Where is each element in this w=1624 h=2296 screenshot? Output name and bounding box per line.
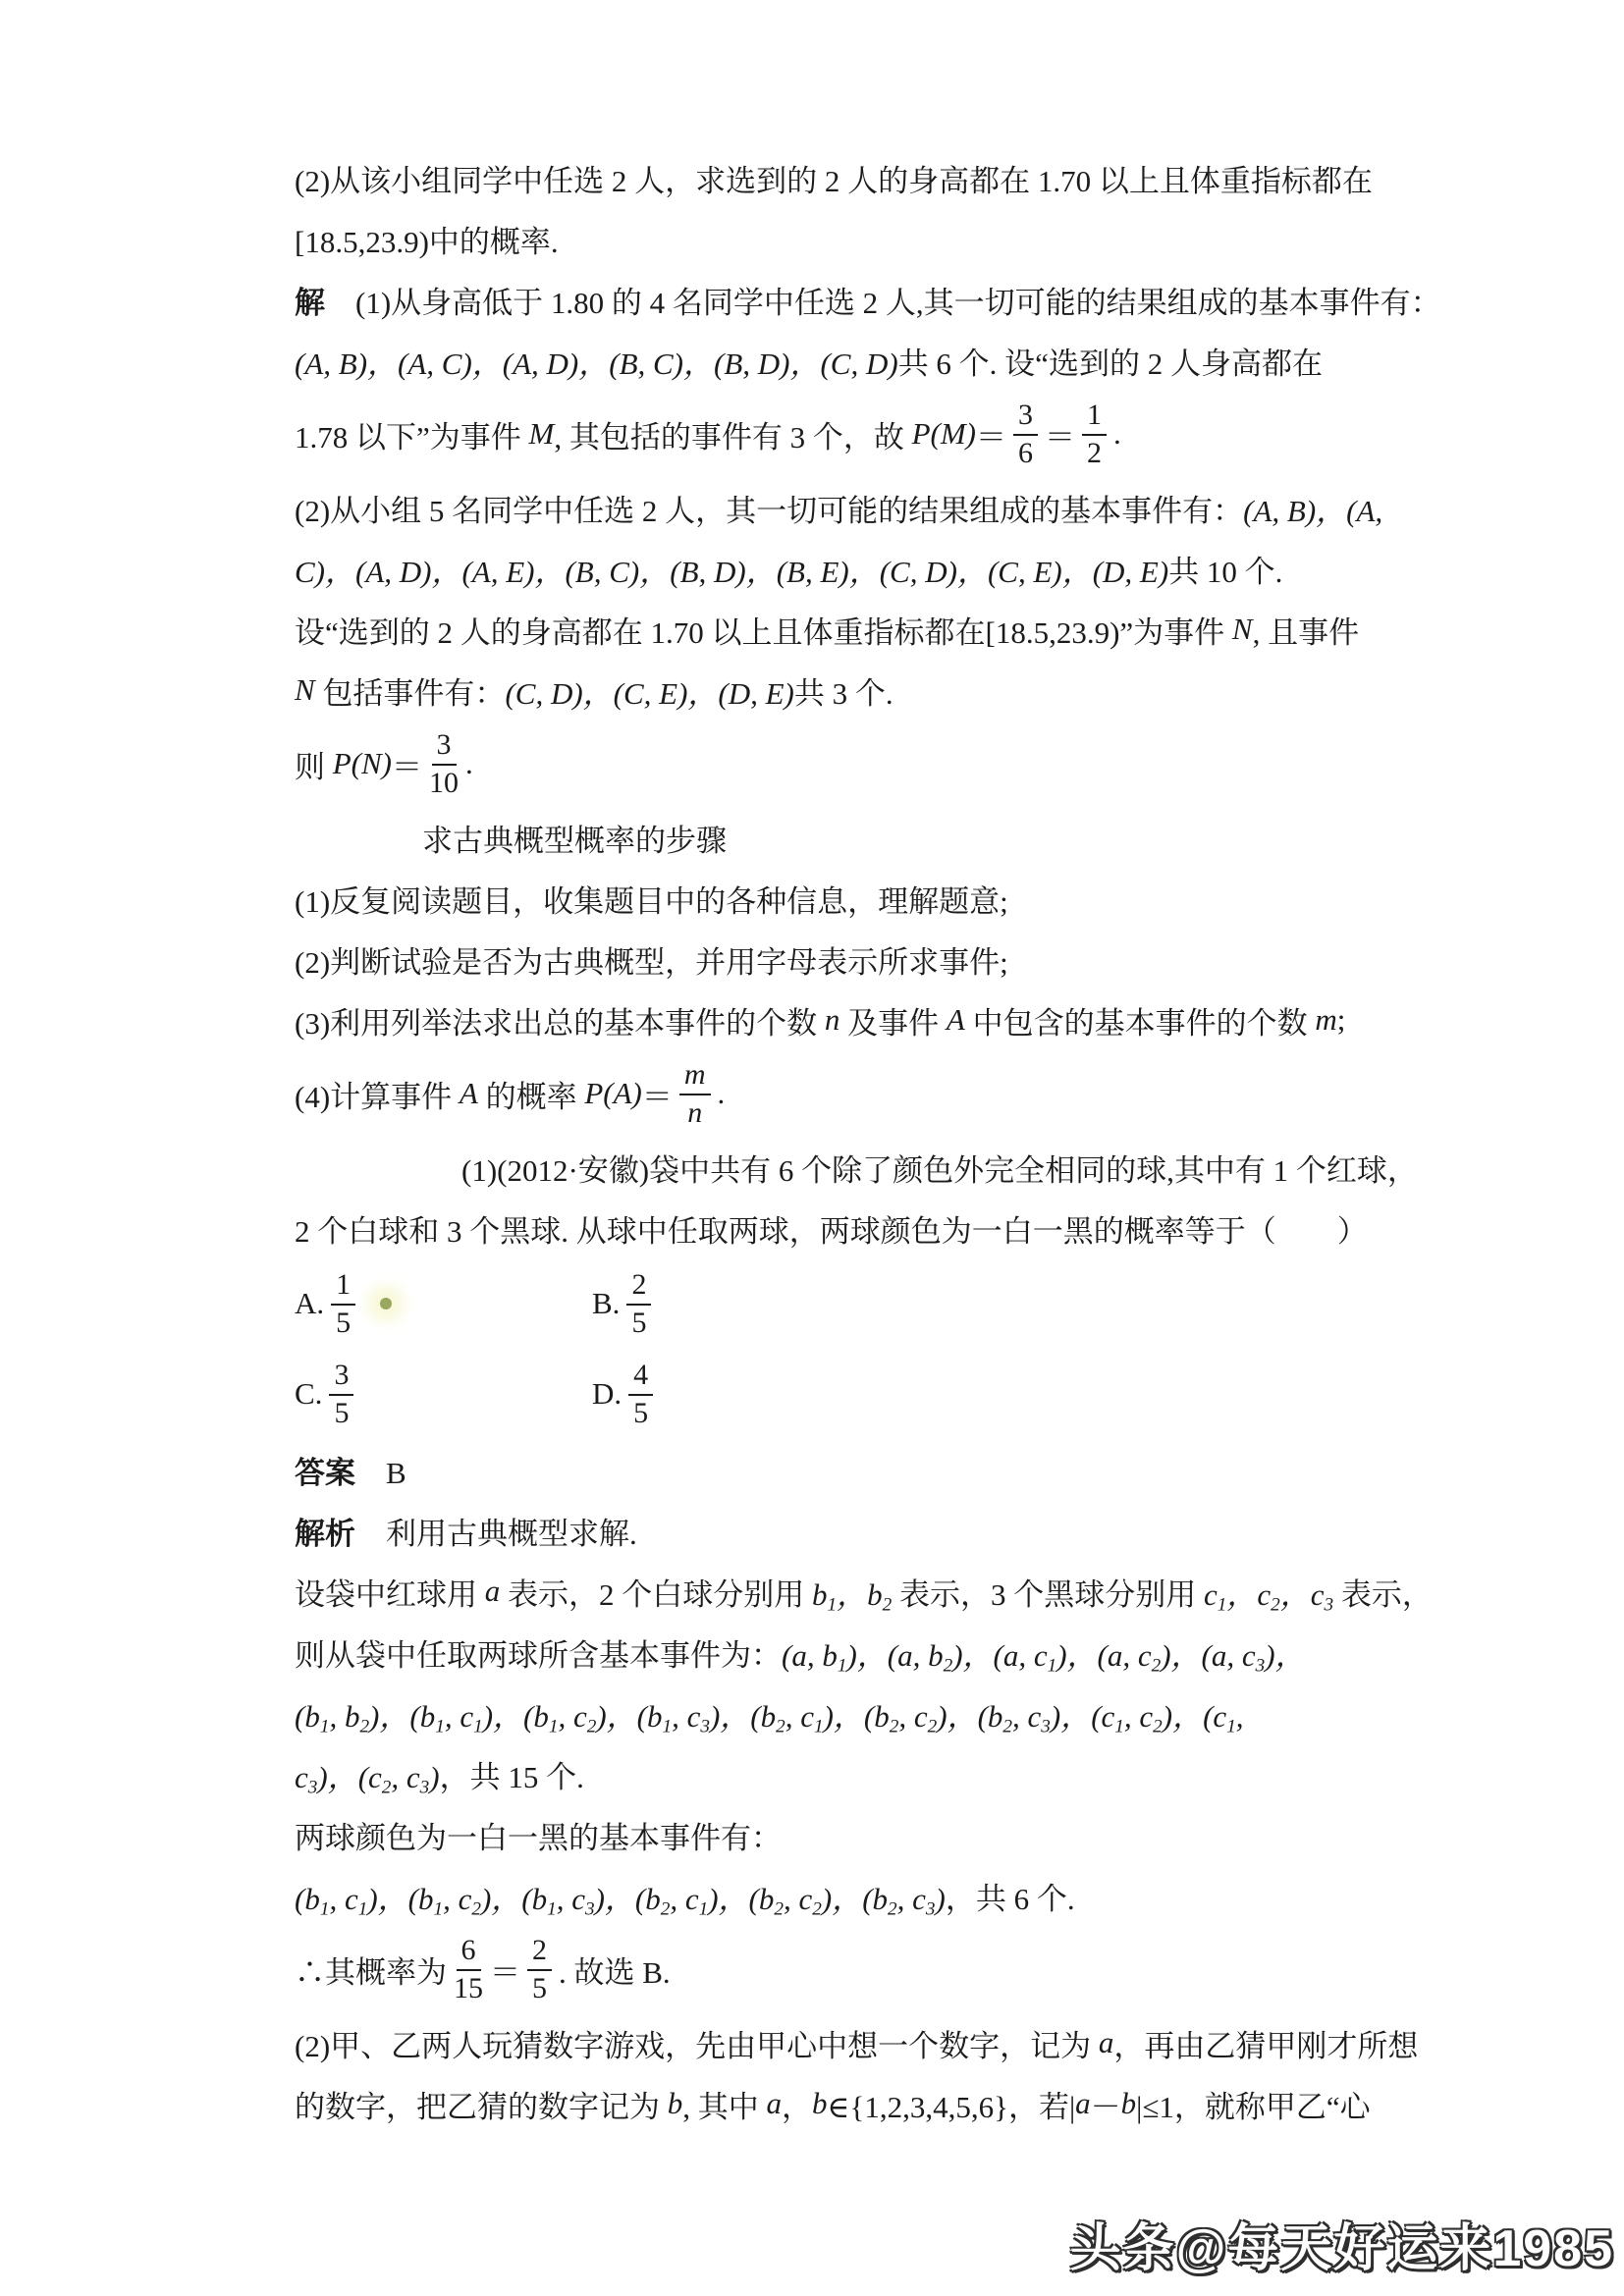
text-run: b <box>812 2086 828 2121</box>
fraction: 35 <box>329 1360 353 1429</box>
fraction: 45 <box>628 1360 653 1429</box>
text-run: P(M) <box>912 416 976 452</box>
solution-part2-2: C)，(A, D)，(A, E)，(B, C)，(B, D)，(B, E)，(C… <box>295 538 1365 599</box>
method-step-4: (4)计算事件 A 的概率 P(A)＝mn. <box>295 1050 1365 1137</box>
text-run: 设“选到的 2 人的身高都在 1.70 以上且体重指标都在[18.5,23.9)… <box>295 608 1232 652</box>
analysis-detail-2: 则从袋中任取两球所含基本事件为：(a, b1)，(a, b2)，(a, c1)，… <box>295 1622 1365 1682</box>
text-run: A <box>460 1076 478 1111</box>
text-run: ＝ <box>392 742 422 786</box>
text-run: 表示， <box>1333 1570 1433 1614</box>
text-run: b <box>1121 2086 1137 2121</box>
option-cell: B.25 <box>592 1269 890 1339</box>
bold-label: 答案 <box>295 1448 355 1492</box>
solution-part1-1: 解 (1)从身高低于 1.80 的 4 名同学中任选 2 人,其一切可能的结果组… <box>295 269 1365 330</box>
problem2-stem-1: (2)从该小组同学中任选 2 人，求选到的 2 人的身高都在 1.70 以上且体… <box>295 147 1365 208</box>
problem2-stem-2: [18.5,23.9)中的概率. <box>295 208 1365 269</box>
text-run: b1，b2 <box>812 1570 892 1614</box>
text-run: b <box>668 2086 683 2121</box>
text-run: (1)(2012·安徽)袋中共有 6 个除了颜色外完全相同的球,其中有 1 个红… <box>461 1146 1418 1190</box>
text-run: . <box>718 1076 726 1111</box>
text-run: [18.5,23.9)中的概率. <box>295 217 559 261</box>
text-run: － <box>1091 2082 1121 2126</box>
method-step-3: (3)利用列举法求出总的基本事件的个数 n 及事件 A 中包含的基本事件的个数 … <box>295 989 1365 1050</box>
option-cell: D.45 <box>592 1360 890 1429</box>
solution-part1-3: 1.78 以下”为事件 M, 其包括的事件有 3 个，故 P(M)＝36＝12. <box>295 391 1365 477</box>
text-run: (C, D)，(C, E)，(D, E) <box>505 668 793 713</box>
text-run: . 故选 B. <box>559 1948 671 1992</box>
text-run: 的数字，把乙猜的数字记为 <box>295 2082 668 2126</box>
bold-label: 解析 <box>295 1509 355 1553</box>
text-run: ，再由乙猜甲刚才所想 <box>1113 2021 1418 2065</box>
text-run: . <box>465 746 473 781</box>
solution-part2-1: (2)从小组 5 名同学中任选 2 人，其一切可能的结果组成的基本事件有：(A,… <box>295 477 1365 538</box>
analysis-detail-1: 设袋中红球用 a 表示，2 个白球分别用 b1，b2 表示，3 个黑球分别用 c… <box>295 1561 1365 1622</box>
problem-next-1: (2)甲、乙两人玩猜数字游戏，先由甲心中想一个数字，记为 a，再由乙猜甲刚才所想 <box>295 2012 1365 2073</box>
text-run: , 其中 <box>682 2082 766 2126</box>
solution-part1-2: (A, B)，(A, C)，(A, D)，(B, C)，(B, D)，(C, D… <box>295 330 1365 391</box>
text-run: a <box>767 2086 783 2121</box>
text-run: (a, b1)，(a, b2)，(a, c1)，(a, c2)，(a, c3)， <box>782 1630 1306 1675</box>
text-run: |≤1，就称甲乙“心 <box>1136 2082 1370 2126</box>
text-run: 则 <box>295 742 333 786</box>
solution-part2-4: N 包括事件有：(C, D)，(C, E)，(D, E)共 3 个. <box>295 660 1365 721</box>
analysis-detail-6: (b1, c1)，(b1, c2)，(b1, c3)，(b2, c1)，(b2,… <box>295 1865 1365 1926</box>
text-run: A. <box>295 1286 324 1321</box>
analysis-detail-7: ∴其概率为615＝25. 故选 B. <box>295 1926 1365 2012</box>
text-run: (2)判断试验是否为古典概型，并用字母表示所求事件; <box>295 937 1008 982</box>
text-run: 中包含的基本事件的个数 <box>965 998 1316 1042</box>
option-cell: A.15 <box>295 1269 592 1339</box>
analysis-detail-3: (b1, b2)，(b1, c1)，(b1, c2)，(b1, c3)，(b2,… <box>295 1682 1365 1743</box>
worksheet-page: (2)从该小组同学中任选 2 人，求选到的 2 人的身高都在 1.70 以上且体… <box>0 0 1624 2296</box>
text-run: A <box>947 1002 965 1038</box>
options-row-1: A.15B.25 <box>295 1258 1365 1349</box>
analysis-line: 解析 利用古典概型求解. <box>295 1500 1365 1561</box>
text-run: 利用古典概型求解. <box>355 1509 637 1553</box>
fraction: 25 <box>626 1269 651 1339</box>
text-run: 包括事件有： <box>315 668 506 713</box>
text-run: B <box>355 1448 406 1492</box>
problem-next-2: 的数字，把乙猜的数字记为 b, 其中 a，b∈{1,2,3,4,5,6}，若|a… <box>295 2073 1365 2134</box>
text-run: c1，c2，c3 <box>1204 1570 1333 1614</box>
solution-part2-3: 设“选到的 2 人的身高都在 1.70 以上且体重指标都在[18.5,23.9)… <box>295 599 1365 660</box>
fraction: 310 <box>429 729 459 799</box>
text-run: ＝ <box>976 412 1006 456</box>
fraction: 12 <box>1082 400 1107 469</box>
text-run: C)，(A, D)，(A, E)，(B, C)，(B, D)，(B, E)，(C… <box>295 547 1168 591</box>
text-run: (b1, b2)，(b1, c1)，(b1, c2)，(b1, c3)，(b2,… <box>295 1691 1244 1735</box>
text-run: (1)从身高低于 1.80 的 4 名同学中任选 2 人,其一切可能的结果组成的… <box>325 278 1441 322</box>
text-run: (2)甲、乙两人玩猜数字游戏，先由甲心中想一个数字，记为 <box>295 2021 1099 2065</box>
text-run: 共 3 个. <box>794 668 893 713</box>
text-run: m <box>1315 1002 1336 1038</box>
fraction: 36 <box>1013 400 1038 469</box>
text-run: （ ） <box>1246 1206 1368 1251</box>
text-run: (2)从该小组同学中任选 2 人，求选到的 2 人的身高都在 1.70 以上且体… <box>295 156 1373 200</box>
solution-part2-result: 则 P(N)＝310. <box>295 721 1365 807</box>
text-run: (2)从小组 5 名同学中任选 2 人，其一切可能的结果组成的基本事件有： <box>295 486 1243 530</box>
text-run: c3)，(c2, c3) <box>295 1752 440 1796</box>
text-run: (4)计算事件 <box>295 1072 460 1116</box>
example1-stem-2: 2 个白球和 3 个黑球. 从球中任取两球，两球颜色为一白一黑的概率等于（ ） <box>295 1198 1365 1258</box>
option-cell: C.35 <box>295 1360 592 1429</box>
text-run: 表示，3 个黑球分别用 <box>892 1570 1204 1614</box>
text-run: 及事件 <box>839 998 947 1042</box>
text-run: (3)利用列举法求出总的基本事件的个数 <box>295 998 825 1042</box>
text-run: ∈{1,2,3,4,5,6}，若| <box>828 2082 1076 2126</box>
text-run: (A, B)，(A, C)，(A, D)，(B, C)，(B, D)，(C, D… <box>295 339 898 383</box>
text-run: (1)反复阅读题目，收集题目中的各种信息，理解题意; <box>295 877 1008 921</box>
text-run: 的概率 <box>478 1072 585 1116</box>
fraction: 615 <box>454 1935 483 2004</box>
text-run: ，共 15 个. <box>440 1752 584 1796</box>
text-run: , 且事件 <box>1253 608 1360 652</box>
text-run: B. <box>592 1286 620 1321</box>
text-run: ; <box>1337 1002 1346 1038</box>
text-run: P(N) <box>333 746 392 781</box>
text-run: ，共 6 个. <box>946 1874 1075 1918</box>
text-run: D. <box>592 1376 622 1412</box>
analysis-detail-4: c3)，(c2, c3)，共 15 个. <box>295 1743 1365 1804</box>
text-run: 1.78 以下”为事件 <box>295 412 529 456</box>
text-run: n <box>825 1002 840 1038</box>
fraction: 15 <box>331 1269 355 1339</box>
text-run: a <box>1075 2086 1091 2121</box>
method-step-1: (1)反复阅读题目，收集题目中的各种信息，理解题意; <box>295 868 1365 929</box>
text-run: ∴其概率为 <box>295 1948 447 1992</box>
text-run: ， <box>782 2082 812 2126</box>
text-run: 设袋中红球用 <box>295 1570 485 1614</box>
example1-stem-1: (1)(2012·安徽)袋中共有 6 个除了颜色外完全相同的球,其中有 1 个红… <box>295 1137 1365 1198</box>
fraction: 25 <box>527 1935 552 2004</box>
method-step-2: (2)判断试验是否为古典概型，并用字母表示所求事件; <box>295 929 1365 989</box>
document-body: (2)从该小组同学中任选 2 人，求选到的 2 人的身高都在 1.70 以上且体… <box>295 147 1365 2134</box>
text-run: N <box>295 672 315 708</box>
text-run: a <box>1099 2025 1114 2060</box>
bold-label: 解 <box>295 278 325 322</box>
text-run: ＝ <box>490 1948 520 1992</box>
text-run: 求古典概型概率的步骤 <box>422 816 727 860</box>
text-run: . <box>1113 416 1121 452</box>
answer-mark-dot <box>380 1298 392 1309</box>
answer-line: 答案 B <box>295 1439 1365 1500</box>
text-run: , 其包括的事件有 3 个，故 <box>554 412 911 456</box>
text-run: (A, B)，(A, <box>1243 486 1382 530</box>
text-run: 2 个白球和 3 个黑球. 从球中任取两球，两球颜色为一白一黑的概率等于 <box>295 1206 1246 1251</box>
fraction: mn <box>679 1059 711 1129</box>
text-run: 两球颜色为一白一黑的基本事件有： <box>295 1813 782 1857</box>
text-run: (b1, c1)，(b1, c2)，(b1, c3)，(b2, c1)，(b2,… <box>295 1874 946 1918</box>
text-run: 共 6 个. 设“选到的 2 人身高都在 <box>898 339 1323 383</box>
text-run: a <box>485 1574 501 1609</box>
text-run: ＝ <box>1045 412 1075 456</box>
text-run: ＝ <box>642 1072 673 1116</box>
watermark: 头条@每天好运来1985 <box>1070 2207 1614 2280</box>
method-heading: 求古典概型概率的步骤 <box>295 807 1365 868</box>
text-run: 表示，2 个白球分别用 <box>500 1570 812 1614</box>
text-run: 则从袋中任取两球所含基本事件为： <box>295 1630 782 1675</box>
text-run: N <box>1232 612 1253 647</box>
analysis-detail-5: 两球颜色为一白一黑的基本事件有： <box>295 1804 1365 1865</box>
text-run: M <box>529 416 555 452</box>
text-run: P(A) <box>584 1076 642 1111</box>
text-run: C. <box>295 1376 322 1412</box>
options-row-2: C.35D.45 <box>295 1349 1365 1439</box>
text-run: 共 10 个. <box>1168 547 1282 591</box>
